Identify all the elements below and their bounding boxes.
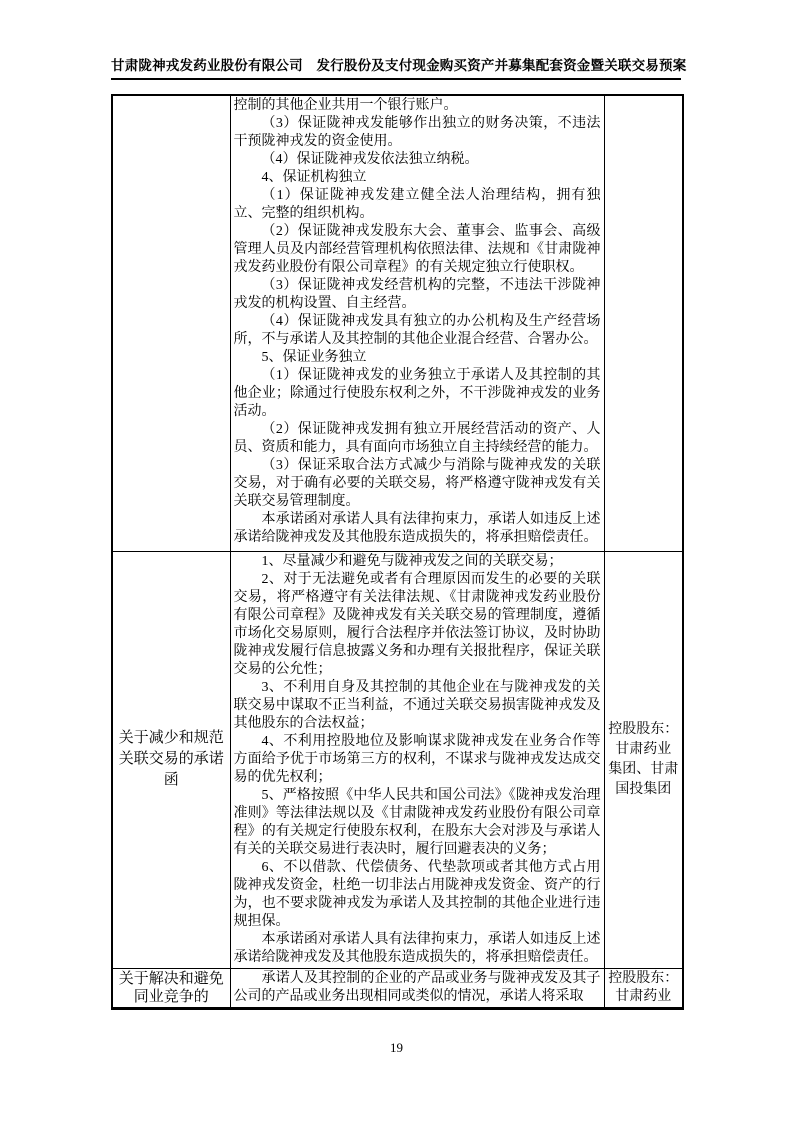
paragraph: 5、保证业务独立 — [234, 349, 601, 367]
commitment-paragraphs: 1、尽量减少和避免与陇神戎发之间的关联交易；2、对于无法避免或者有合理原因而发生… — [234, 553, 601, 966]
table-row-continued: 控制的其他企业共用一个银行账户。（3）保证陇神戎发能够作出独立的财务决策，不违法… — [112, 95, 683, 551]
table-row-related-transactions: 关于减少和规范关联交易的承诺函 1、尽量减少和避免与陇神戎发之间的关联交易；2、… — [112, 551, 683, 968]
paragraph: （4）保证陇神戎发依法独立纳税。 — [234, 151, 601, 169]
paragraph: （2）保证陇神戎发拥有独立开展经营活动的资产、人员、资质和能力，具有面向市场独立… — [234, 421, 601, 457]
commitments-table: 控制的其他企业共用一个银行账户。（3）保证陇神戎发能够作出独立的财务决策，不违法… — [111, 94, 684, 1010]
paragraph: （3）保证陇神戎发能够作出独立的财务决策，不违法干预陇神戎发的资金使用。 — [234, 115, 601, 151]
paragraph: 4、不利用控股地位及影响谋求陇神戎发在业务合作等方面给予优于市场第三方的权利，不… — [234, 733, 601, 787]
paragraph: （2）保证陇神戎发股东大会、董事会、监事会、高级管理人员及内部经营管理机构依照法… — [234, 223, 601, 277]
row-label-cell: 关于减少和规范关联交易的承诺函 — [112, 551, 230, 968]
paragraph: 2、对于无法避免或者有合理原因而发生的必要的关联交易，将严格遵守有关法律法规、《… — [234, 571, 601, 679]
paragraph: （1）保证陇神戎发的业务独立于承诺人及其控制的其他企业；除通过行使股东权利之外，… — [234, 367, 601, 421]
paragraph: 本承诺函对承诺人具有法律拘束力，承诺人如违反上述承诺给陇神戎发及其他股东造成损失… — [234, 931, 601, 966]
document-header: 甘肃陇神戎发药业股份有限公司 发行股份及支付现金购买资产并募集配套资金暨关联交易… — [111, 54, 681, 80]
page-number: 19 — [0, 1040, 793, 1056]
commitment-paragraphs: 控制的其他企业共用一个银行账户。（3）保证陇神戎发能够作出独立的财务决策，不违法… — [234, 97, 601, 549]
paragraph: （3）保证采取合法方式减少与消除与陇神戎发的关联交易，对于确有必要的关联交易，将… — [234, 457, 601, 511]
commitment-content-cell: 承诺人及其控制的企业的产品或业务与陇神戎发及其子公司的产品或业务出现相同或类似的… — [230, 968, 604, 1008]
paragraph: 1、尽量减少和避免与陇神戎发之间的关联交易； — [234, 553, 601, 571]
counterparty-cell — [604, 95, 683, 551]
paragraph: 6、不以借款、代偿债务、代垫款项或者其他方式占用陇神戎发资金，杜绝一切非法占用陇… — [234, 859, 601, 931]
commitment-content-cell: 1、尽量减少和避免与陇神戎发之间的关联交易；2、对于无法避免或者有合理原因而发生… — [230, 551, 604, 968]
row-label-cell — [112, 95, 230, 551]
paragraph: 本承诺函对承诺人具有法律拘束力，承诺人如违反上述承诺给陇神戎发及其他股东造成损失… — [234, 511, 601, 547]
paragraph: （3）保证陇神戎发经营机构的完整，不违法干涉陇神戎发的机构设置、自主经营。 — [234, 277, 601, 313]
row-label-cell: 关于解决和避免同业竞争的 — [112, 968, 230, 1008]
paragraph: 5、严格按照《中华人民共和国公司法》《陇神戎发治理准则》等法律法规以及《甘肃陇神… — [234, 787, 601, 859]
commitment-paragraphs: 承诺人及其控制的企业的产品或业务与陇神戎发及其子公司的产品或业务出现相同或类似的… — [234, 970, 601, 1005]
paragraph: （1）保证陇神戎发建立健全法人治理结构，拥有独立、完整的组织机构。 — [234, 187, 601, 223]
paragraph: 4、保证机构独立 — [234, 169, 601, 187]
paragraph: 控制的其他企业共用一个银行账户。 — [234, 97, 601, 115]
paragraph: 承诺人及其控制的企业的产品或业务与陇神戎发及其子公司的产品或业务出现相同或类似的… — [234, 970, 601, 1005]
counterparty-cell: 控股股东： 甘肃药业 集团、甘肃 国投集团 — [604, 551, 683, 968]
counterparty-cell: 控股股东： 甘肃药业 — [604, 968, 683, 1008]
paragraph: （4）保证陇神戎发具有独立的办公机构及生产经营场所，不与承诺人及其控制的其他企业… — [234, 313, 601, 349]
paragraph: 3、不利用自身及其控制的其他企业在与陇神戎发的关联交易中谋取不正当利益，不通过关… — [234, 679, 601, 733]
document-header-title: 甘肃陇神戎发药业股份有限公司 发行股份及支付现金购买资产并募集配套资金暨关联交易… — [111, 58, 686, 73]
document-page: 甘肃陇神戎发药业股份有限公司 发行股份及支付现金购买资产并募集配套资金暨关联交易… — [0, 0, 793, 1122]
table-row-horizontal-competition: 关于解决和避免同业竞争的 承诺人及其控制的企业的产品或业务与陇神戎发及其子公司的… — [112, 968, 683, 1008]
commitment-content-cell: 控制的其他企业共用一个银行账户。（3）保证陇神戎发能够作出独立的财务决策，不违法… — [230, 95, 604, 551]
